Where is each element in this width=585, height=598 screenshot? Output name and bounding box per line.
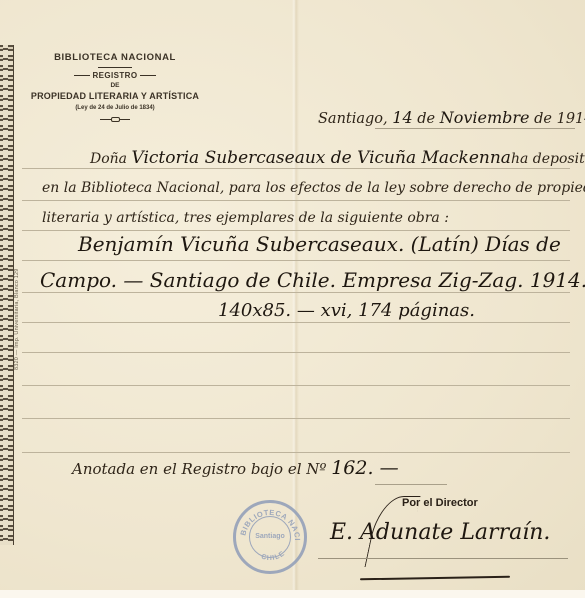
director-signature: E. Adunate Larraín. — [330, 520, 550, 545]
date-day: 14 — [392, 108, 412, 127]
header-ornament — [100, 119, 130, 120]
body-line-1: Doña Victoria Subercaseaux de Vicuña Mac… — [90, 148, 585, 168]
date-month: Noviembre — [440, 108, 530, 127]
registration-underline — [375, 484, 447, 485]
ruled-line — [22, 418, 570, 419]
work-line-1: Benjamín Vicuña Subercaseaux. (Latín) Dí… — [78, 232, 561, 256]
body-line-2: en la Biblioteca Nacional, para los efec… — [42, 180, 585, 196]
institution-name: BIBLIOTECA NACIONAL — [20, 52, 210, 63]
ruled-line — [22, 352, 570, 353]
ruled-line — [22, 322, 570, 323]
ruled-line — [22, 230, 570, 231]
depositor-name: Victoria Subercaseaux de Vicuña Mackenna — [131, 148, 510, 168]
registry-connector: DE — [20, 82, 210, 89]
law-reference: (Ley de 24 de Julio de 1834) — [20, 105, 210, 111]
body-line-3: literaria y artística, tres ejemplares d… — [42, 210, 449, 226]
header-rule — [98, 67, 132, 68]
registry-title: REGISTRO — [20, 71, 210, 80]
date-place: Santiago, — [318, 111, 388, 127]
signature-line — [318, 558, 568, 559]
seal-center-text: Santiago — [236, 533, 304, 540]
library-seal-stamp: BIBLIOTECA NACIONAL CHILE Santiago — [233, 500, 307, 574]
date-year-printed: 191 — [557, 111, 585, 127]
ruled-line — [22, 452, 570, 453]
ruled-line — [22, 168, 570, 169]
date-underline — [375, 128, 575, 129]
signature-underline-flourish — [360, 576, 510, 581]
scan-edge — [0, 590, 585, 598]
registry-certificate: 8320 — Imp. Universitaria, Blanco 129 BI… — [0, 0, 585, 598]
ruled-line — [22, 200, 570, 201]
ruled-line — [22, 292, 570, 293]
work-line-3: 140x85. — xvi, 174 páginas. — [218, 300, 475, 321]
decorative-left-border — [0, 45, 14, 545]
ruled-line — [22, 385, 570, 386]
registry-subject: PROPIEDAD LITERARIA Y ARTÍSTICA — [20, 91, 210, 101]
registration-line: Anotada en el Registro bajo el Nº 162. — — [72, 457, 399, 479]
ruled-line — [22, 260, 570, 261]
work-line-2: Campo. — Santiago de Chile. Empresa Zig-… — [40, 268, 585, 292]
registration-label: Anotada en el Registro bajo el Nº — [72, 460, 326, 478]
date-line: Santiago, 14 de Noviembre de 1914. — [318, 108, 585, 127]
registration-number: 162. — — [331, 457, 398, 479]
letterhead: BIBLIOTECA NACIONAL REGISTRO DE PROPIEDA… — [20, 52, 210, 120]
